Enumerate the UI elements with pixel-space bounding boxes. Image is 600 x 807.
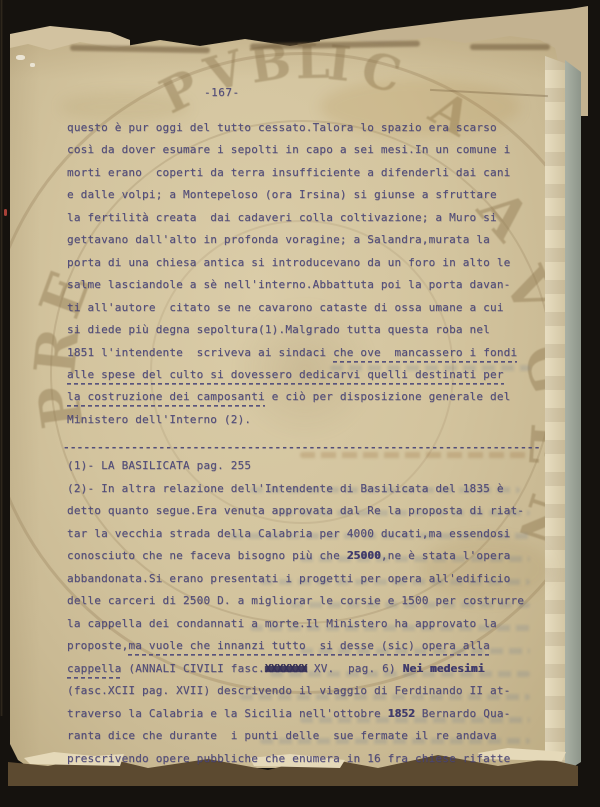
text-segment: questo è pur oggi del tutto cessato.Talo… [67,121,497,134]
text-line: (fasc.XCII pag. XVII) descrivendo il via… [67,684,510,697]
text-segment: 1852 [388,707,415,720]
typewritten-text-layer: -167- questo è pur oggi del tutto cessat… [0,0,600,807]
text-segment: Ministero dell'Interno (2). [67,413,251,426]
text-line: prescrivendo opere pubbliche che enumera… [67,752,510,765]
text-line: la fertilità creata dai cadaveri colla c… [67,211,497,224]
text-line: 1851 l'intendente scriveva ai sindaci ch… [67,346,517,359]
text-segment: così da dover esumare i sepolti in capo … [67,143,510,156]
text-segment: ma vuole che innanzi tutto si desse (sic… [128,639,490,656]
text-line: traverso la Calabria e la Sicilia nell'o… [67,707,511,720]
text-segment: morti erano coperti da terra insufficien… [67,166,510,179]
text-line: questo è pur oggi del tutto cessato.Talo… [67,121,497,134]
footnote-separator-rule: ----------------------------------------… [63,441,545,454]
text-line: salme lasciandole a sè nell'interno.Abba… [67,278,510,291]
text-segment: (fasc.XCII pag. XVII) descrivendo il via… [67,684,510,697]
text-line: morti erano coperti da terra insufficien… [67,166,510,179]
text-segment: cappella [67,662,122,679]
text-segment: si diede più degna sepoltura(1).Malgrado… [67,323,490,336]
text-segment: salme lasciandole a sè nell'interno.Abba… [67,278,510,291]
text-segment: alle spese del culto si dovessero dedica… [67,368,504,385]
text-segment: (2)- In altra relazione dell'Intendente … [67,482,504,495]
text-segment: 1851 l'intendente scriveva ai sindaci [67,346,333,359]
text-line: si diede più degna sepoltura(1).Malgrado… [67,323,490,336]
text-line: così da dover esumare i sepolti in capo … [67,143,510,156]
text-segment: conosciuto che ne faceva bisogno più che [67,549,347,562]
text-segment: porta di una chiesa antica si introducev… [67,256,510,269]
text-segment: detto quanto segue.Era venuta approvata … [67,504,524,517]
text-line: conosciuto che ne faceva bisogno più che… [67,549,511,562]
text-segment: la costruzione dei camposanti [67,390,265,407]
text-line: abbandonata.Si erano presentati i proget… [67,572,510,585]
text-segment: prescrivendo opere pubbliche che enumera… [67,752,510,765]
text-line: delle carceri di 2500 D. a migliorar le … [67,594,524,607]
text-line: (1)- LA BASILICATA pag. 255 [67,459,251,472]
text-segment: abbandonata.Si erano presentati i proget… [67,572,510,585]
page-number: -167- [204,86,240,99]
text-line: porta di una chiesa antica si introducev… [67,256,510,269]
text-segment: ,ne è stata l'opera [381,549,511,562]
text-line: detto quanto segue.Era venuta approvata … [67,504,524,517]
text-line: alle spese del culto si dovessero dedica… [67,368,504,381]
text-line: ti all'autore citato se ne cavarono cata… [67,301,504,314]
text-segment: tar la vecchia strada della Calabria per… [67,527,510,540]
text-segment: XV. pag. 6) [307,662,403,675]
text-segment: che ove mancassero i fondi [333,346,517,363]
text-segment: ti all'autore citato se ne cavarono cata… [67,301,504,314]
scanned-document-page: PVBLICAAVGENERP -167- questo è pur oggi … [0,0,600,807]
text-line: la costruzione dei camposanti e ciò per … [67,390,510,403]
text-segment: Nei medesimi [403,662,485,675]
text-line: tar la vecchia strada della Calabria per… [67,527,510,540]
text-segment: Bernardo Qua- [415,707,511,720]
text-line: proposte,ma vuole che innanzi tutto si d… [67,639,490,652]
text-segment: delle carceri di 2500 D. a migliorar le … [67,594,524,607]
text-line: gettavano dall'alto in profonda voragine… [67,233,490,246]
text-segment: la cappella dei condannati a morte.Il Mi… [67,617,497,630]
text-segment: e dalle volpi; a Montepeloso (ora Irsina… [67,188,497,201]
text-segment: (ANNALI CIVILI fasc. [122,662,265,675]
struck-out-text: XXXXXXX [265,662,307,675]
text-segment: proposte, [67,639,128,652]
text-segment: gettavano dall'alto in profonda voragine… [67,233,490,246]
text-line: Ministero dell'Interno (2). [67,413,251,426]
text-line: la cappella dei condannati a morte.Il Mi… [67,617,497,630]
text-line: cappella (ANNALI CIVILI fasc.XXXXXXX XV.… [67,662,484,675]
text-segment: 25000 [347,549,381,562]
text-segment: e ciò per disposizione generale del [265,390,511,403]
text-segment: ranta dice che durante i punti delle sue… [67,729,497,742]
text-segment: (1)- LA BASILICATA pag. 255 [67,459,251,472]
text-segment: traverso la Calabria e la Sicilia nell'o… [67,707,388,720]
text-segment: la fertilità creata dai cadaveri colla c… [67,211,497,224]
text-line: e dalle volpi; a Montepeloso (ora Irsina… [67,188,497,201]
text-line: ranta dice che durante i punti delle sue… [67,729,497,742]
text-line: (2)- In altra relazione dell'Intendente … [67,482,504,495]
